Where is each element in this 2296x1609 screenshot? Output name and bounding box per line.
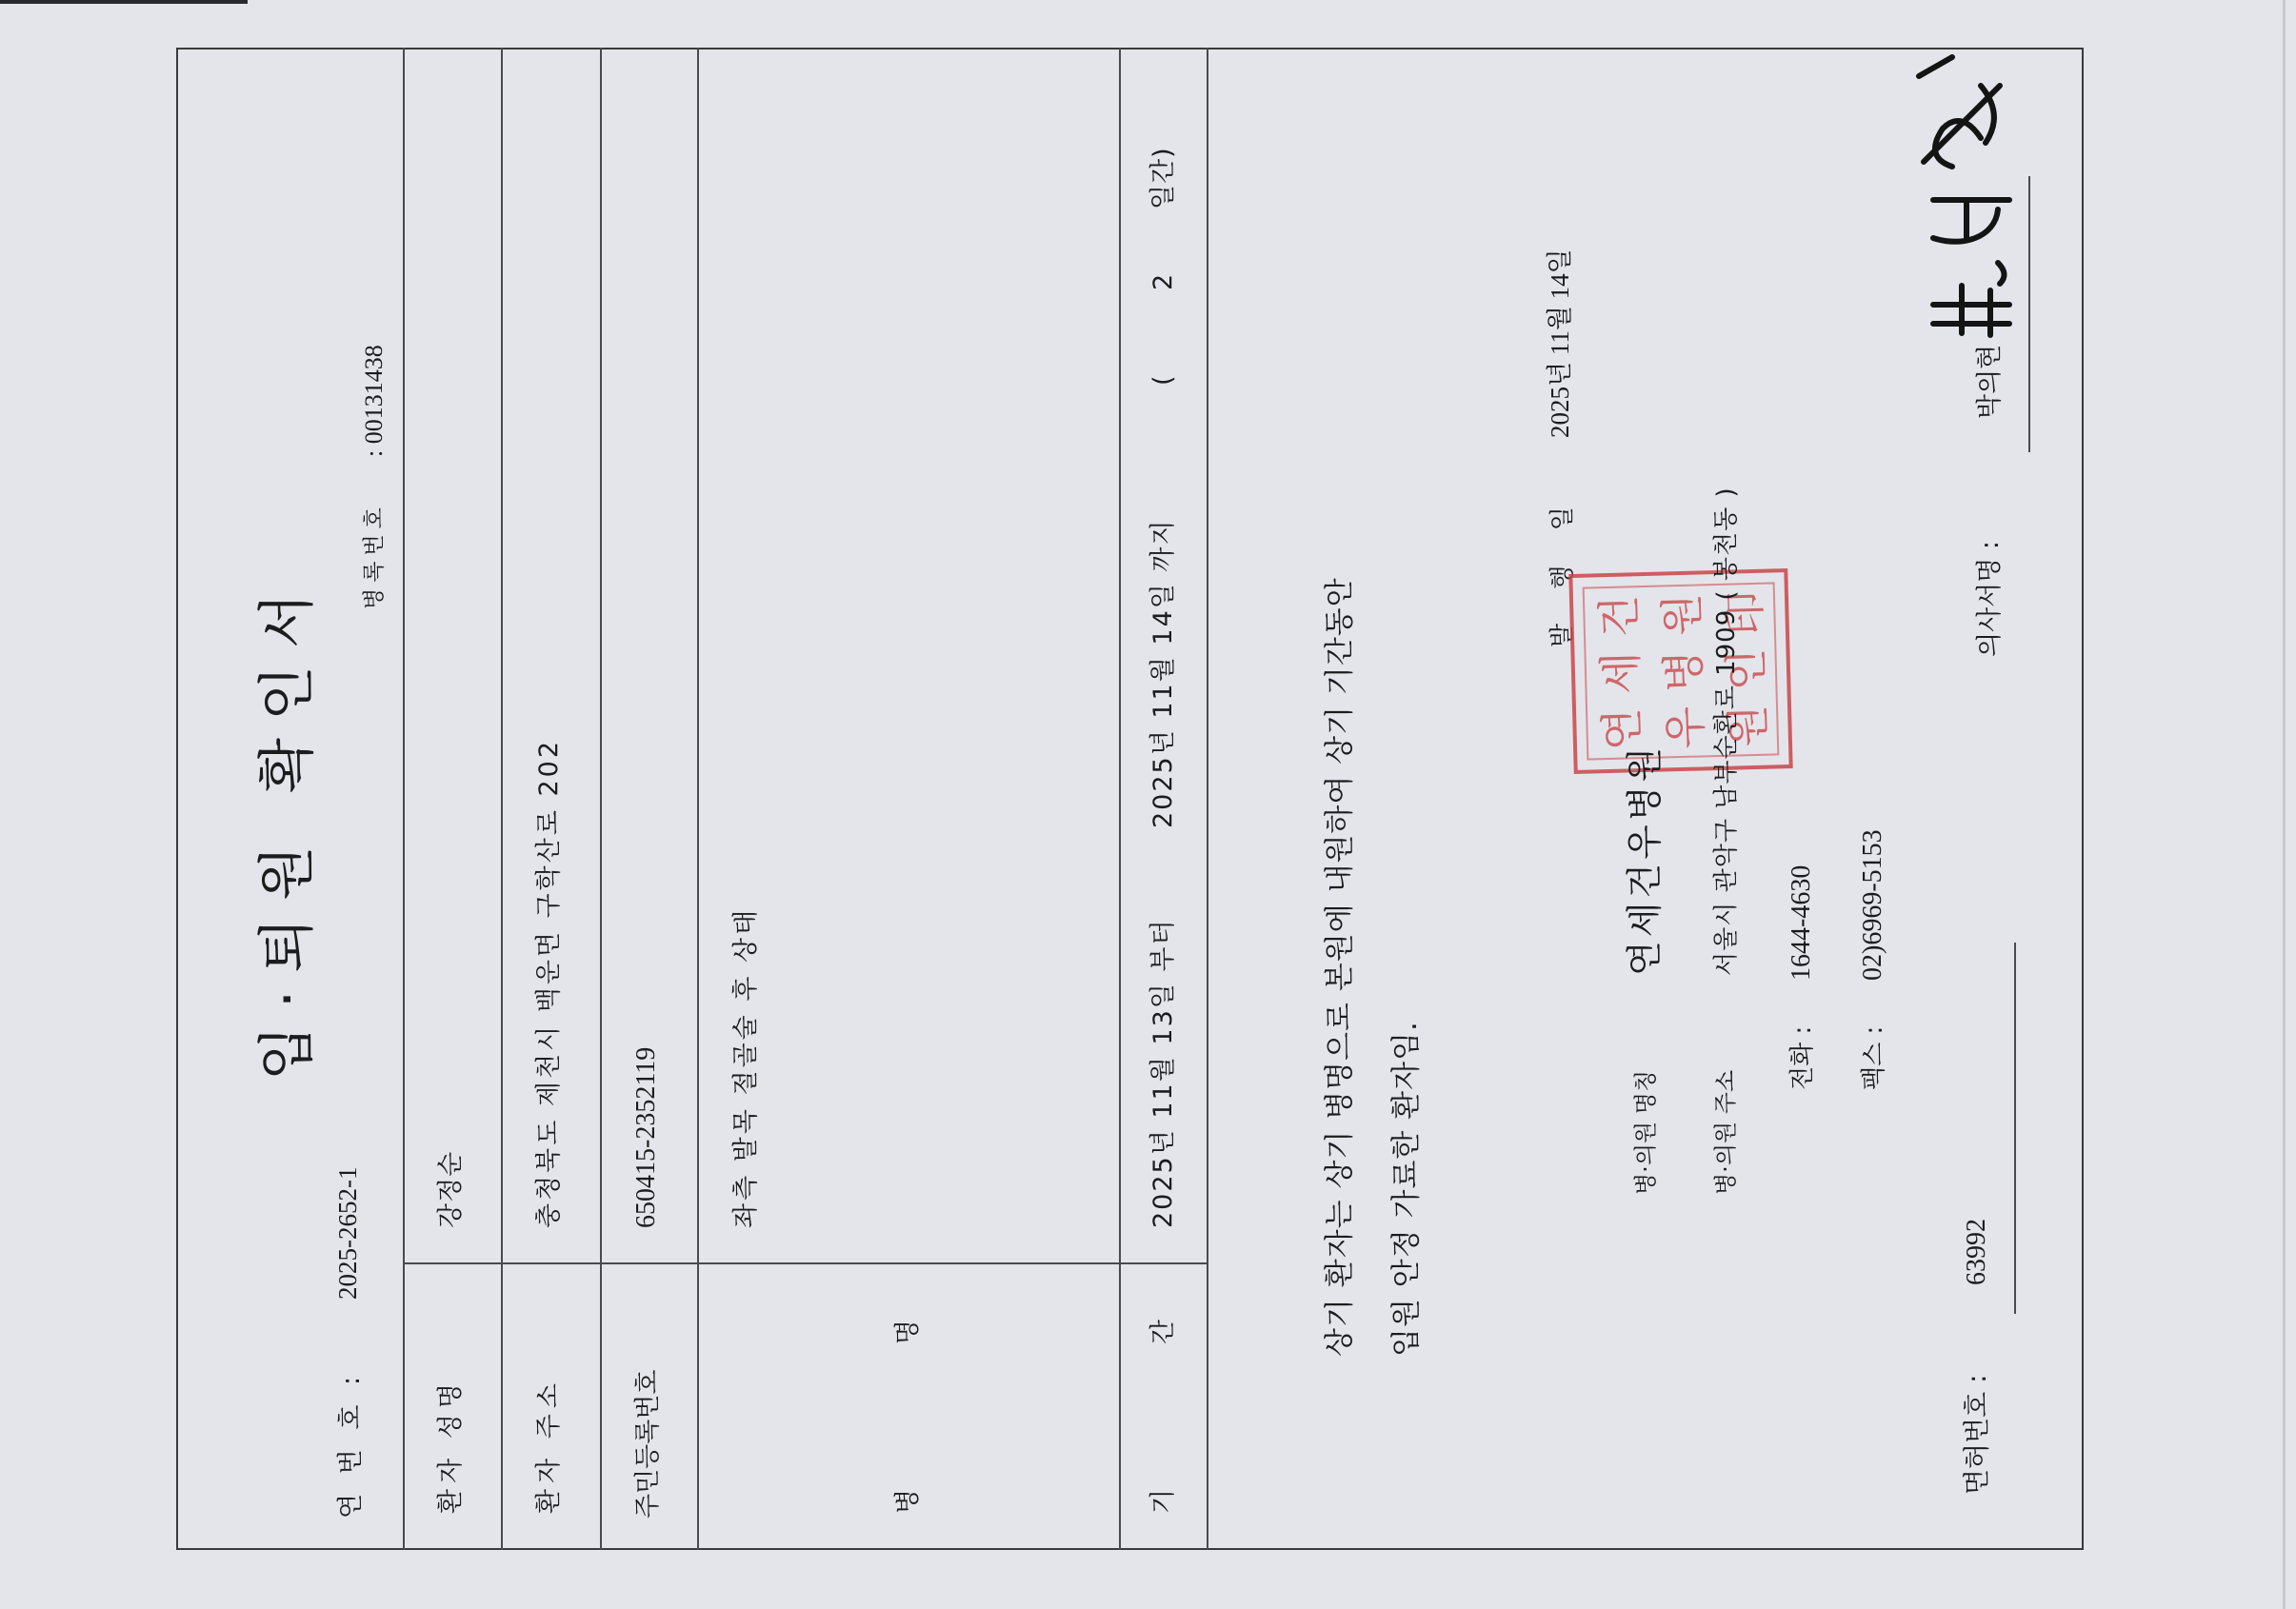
period-from: 2025년 11월 13일 부터 <box>1150 918 1176 1228</box>
row-divider <box>697 48 699 1550</box>
row-divider <box>1207 48 1208 1550</box>
resident-number: 650415-2352119 <box>633 1047 660 1228</box>
row-divider <box>1119 48 1121 1550</box>
outer-frame <box>176 48 2084 1550</box>
doctor-sign-label: 의사서명 : <box>1977 541 2003 657</box>
period-days-suffix: 일간) <box>1150 147 1176 209</box>
period-to: 2025년 11월 14일 까지 <box>1150 518 1176 828</box>
signature-underline <box>2028 176 2030 452</box>
fax-label: 팩스 : <box>1862 1026 1887 1090</box>
record-label: 병록번호 <box>364 502 386 609</box>
serial-label: 연 번 호 : <box>338 1371 364 1519</box>
license-label: 면허번호 : <box>1964 1374 1990 1495</box>
row-divider <box>600 48 602 1550</box>
hospital-seal-stamp: 연 세 건 우 병 원 원 인 印 <box>1568 568 1792 774</box>
label-resident-number: 주민등록번호 <box>635 1370 661 1520</box>
label-diagnosis: 병 명 <box>895 1314 921 1514</box>
period-days: 2 <box>1150 273 1176 290</box>
label-patient-name: 환자 성명 <box>438 1378 464 1514</box>
fax-number: 02)6969-5153 <box>1860 829 1887 981</box>
period-paren-open: ( <box>1150 374 1176 386</box>
label-patient-address: 환자 주소 <box>536 1378 562 1514</box>
row-divider <box>501 48 503 1550</box>
phone-label: 전화 : <box>1790 1026 1815 1090</box>
hospital-address: 서울시 관악구 남부순환로 1909 ( 봉천동 ) <box>1714 487 1739 976</box>
hospital-name: 연세건우병원 <box>1627 744 1663 976</box>
issue-date: 2025년 11월 14일 <box>1547 248 1573 438</box>
statement-line-2: 입원 안정 가료한 환자임. <box>1392 1021 1422 1357</box>
label-column-divider <box>403 1262 1207 1264</box>
admission-discharge-certificate: 입·퇴원 확인서 연 번 호 : 2025-2652-1 병록번호 : 0013… <box>0 0 2296 1609</box>
hospital-name-label: 병·의원 명칭 <box>1634 1070 1657 1195</box>
row-divider <box>403 48 405 1550</box>
stamp-char: 병 <box>1648 649 1712 693</box>
phone-number: 1644-4630 <box>1788 865 1815 981</box>
statement-line-1: 상기 환자는 상기 병명으로 본원에 내원하여 상기 기간동안 <box>1326 577 1355 1357</box>
diagnosis: 좌측 발목 절골술 후 상태 <box>733 907 759 1228</box>
page-title: 입·퇴원 확인서 <box>259 576 316 1081</box>
license-underline <box>2014 943 2016 1314</box>
label-period: 기 간 <box>1150 1314 1176 1514</box>
stamp-char: 건 <box>1585 594 1648 638</box>
hospital-address-label: 병·의원 주소 <box>1714 1070 1737 1195</box>
doctor-name: 박의현 <box>1977 345 2003 419</box>
stamp-char: 세 <box>1586 651 1649 695</box>
stamp-char: 원 <box>1647 593 1711 637</box>
doctor-signature <box>1895 19 2028 343</box>
license-number: 63992 <box>1964 1219 1990 1285</box>
patient-name: 강정순 <box>438 1151 464 1228</box>
record-number: : 00131438 <box>362 345 387 457</box>
serial-number: 2025-2652-1 <box>335 1167 361 1300</box>
patient-address: 충청북도 제천시 백운면 구학산로 202 <box>536 739 562 1228</box>
